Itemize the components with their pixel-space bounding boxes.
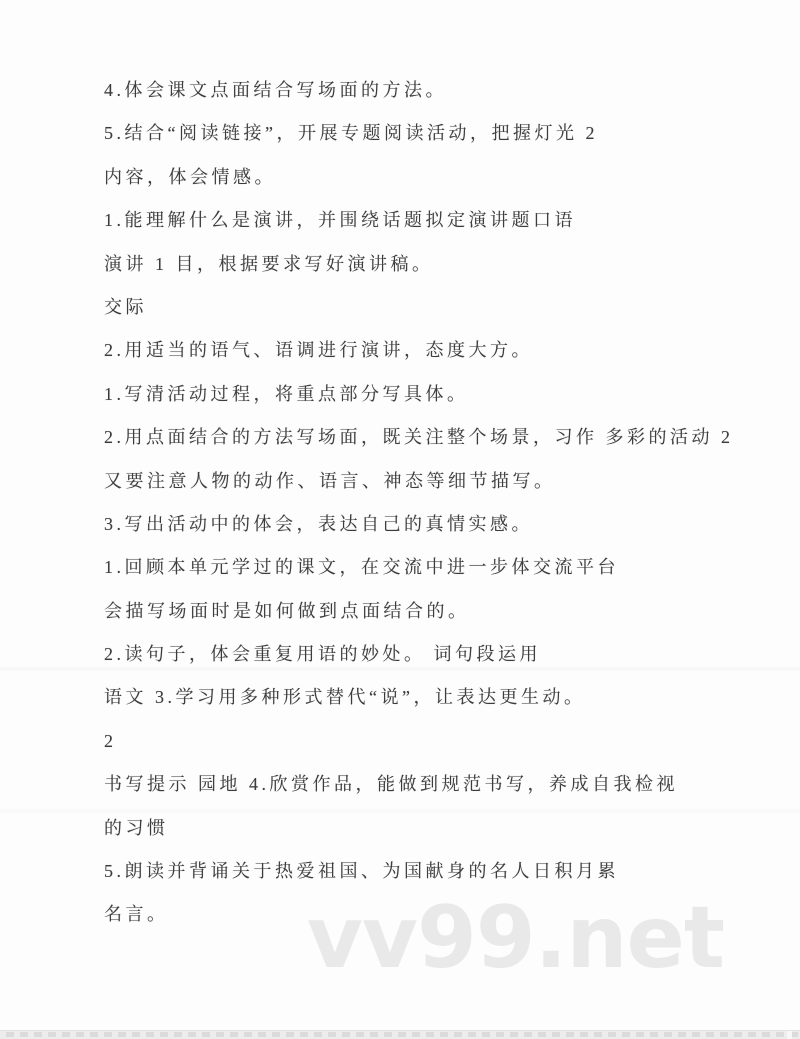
text-line: 内容，体会情感。 bbox=[104, 156, 760, 199]
text-line: 4.体会课文点面结合写场面的方法。 bbox=[104, 69, 760, 112]
next-page-text-fragments bbox=[6, 1032, 800, 1037]
text-line: 书写提示 园地 4.欣赏作品，能做到规范书写，养成自我检视 bbox=[104, 763, 760, 806]
text-line: 语文 3.学习用多种形式替代“说”，让表达更生动。 bbox=[104, 676, 760, 719]
next-page-margin-gap bbox=[787, 1031, 792, 1039]
document-page: 4.体会课文点面结合写场面的方法。5.结合“阅读链接”，开展专题阅读活动，把握灯… bbox=[0, 0, 800, 1039]
text-line: 1.写清活动过程，将重点部分写具体。 bbox=[104, 373, 760, 416]
document-text-block: 4.体会课文点面结合写场面的方法。5.结合“阅读链接”，开展专题阅读活动，把握灯… bbox=[104, 69, 760, 937]
next-page-edge bbox=[0, 1030, 800, 1039]
text-line: 又要注意人物的动作、语言、神态等细节描写。 bbox=[104, 460, 760, 503]
text-line: 2 bbox=[104, 720, 760, 763]
text-line: 交际 bbox=[104, 286, 760, 329]
text-line: 5.结合“阅读链接”，开展专题阅读活动，把握灯光 2 bbox=[104, 112, 760, 155]
text-line: 2.用点面结合的方法写场面，既关注整个场景，习作 多彩的活动 2 bbox=[104, 416, 760, 459]
text-line: 5.朗读并背诵关于热爱祖国、为国献身的名人日积月累 bbox=[104, 850, 760, 893]
text-line: 2.用适当的语气、语调进行演讲，态度大方。 bbox=[104, 329, 760, 372]
text-line: 会描写场面时是如何做到点面结合的。 bbox=[104, 590, 760, 633]
text-line: 2.读句子，体会重复用语的妙处。 词句段运用 bbox=[104, 633, 760, 676]
text-line: 3.写出活动中的体会，表达自己的真情实感。 bbox=[104, 503, 760, 546]
text-line: 演讲 1 目，根据要求写好演讲稿。 bbox=[104, 243, 760, 286]
watermark: vv99.net bbox=[307, 888, 724, 988]
text-line: 1.能理解什么是演讲，并围绕话题拟定演讲题口语 bbox=[104, 199, 760, 242]
text-line: 1.回顾本单元学过的课文，在交流中进一步体交流平台 bbox=[104, 546, 760, 589]
text-line: 的习惯 bbox=[104, 807, 760, 850]
